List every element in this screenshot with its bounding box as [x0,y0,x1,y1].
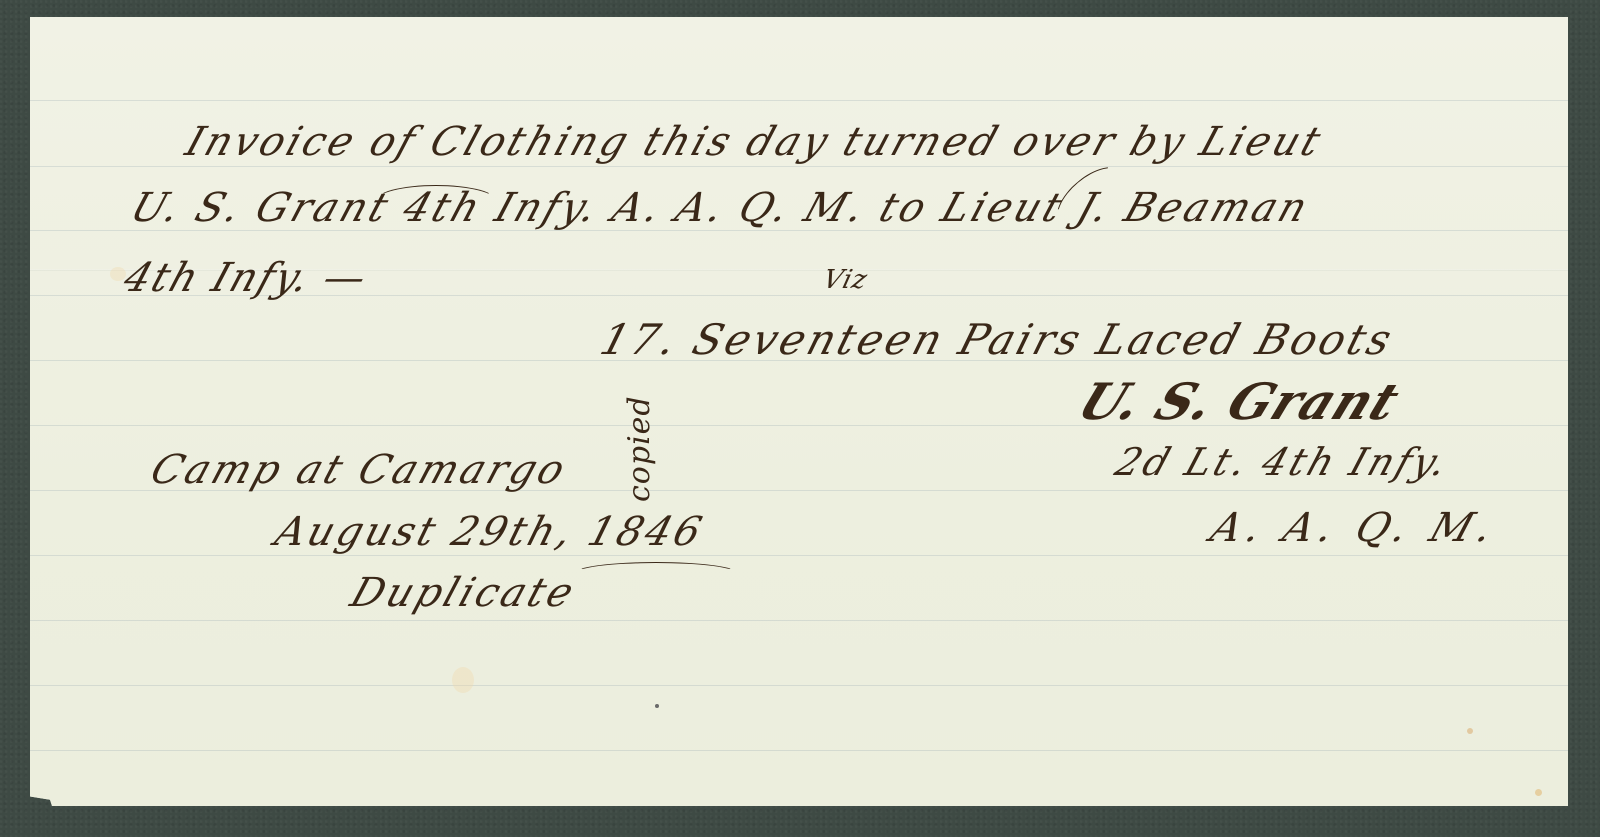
signature-rank: 2d Lt. 4th Infy. [1110,440,1456,484]
signature-role: A. A. Q. M. [1205,505,1504,551]
ruled-line [30,100,1568,101]
viz-mark: Viz [820,265,871,295]
ruled-line [30,166,1568,167]
foxing-spot [1535,789,1542,796]
ink-dot [655,704,659,708]
invoice-heading-line-3: 4th Infy. — [118,255,374,301]
date-line: August 29th, 1846 [270,509,709,555]
margin-note-vertical: copied [622,395,657,502]
foxing-spot [452,667,474,693]
ruled-line [30,750,1568,751]
ruled-line [30,555,1568,556]
foxing-spot [110,267,126,281]
foxing-spot [1467,728,1473,734]
signature-name: U. S. Grant [1070,372,1409,431]
invoice-heading-line-2: U. S. Grant 4th Infy. A. A. Q. M. to Lie… [125,185,1316,231]
pen-flourish [375,185,497,217]
invoice-item-line: 17. Seventeen Pairs Laced Boots [595,315,1400,364]
place-line: Camp at Camargo [145,447,573,493]
duplicate-note: Duplicate [345,570,582,616]
document-paper: Invoice of Clothing this day turned over… [30,17,1568,806]
ruled-line [30,685,1568,686]
ruled-line [30,620,1568,621]
invoice-heading-line-1: Invoice of Clothing this day turned over… [180,119,1329,165]
pen-flourish [575,562,737,584]
